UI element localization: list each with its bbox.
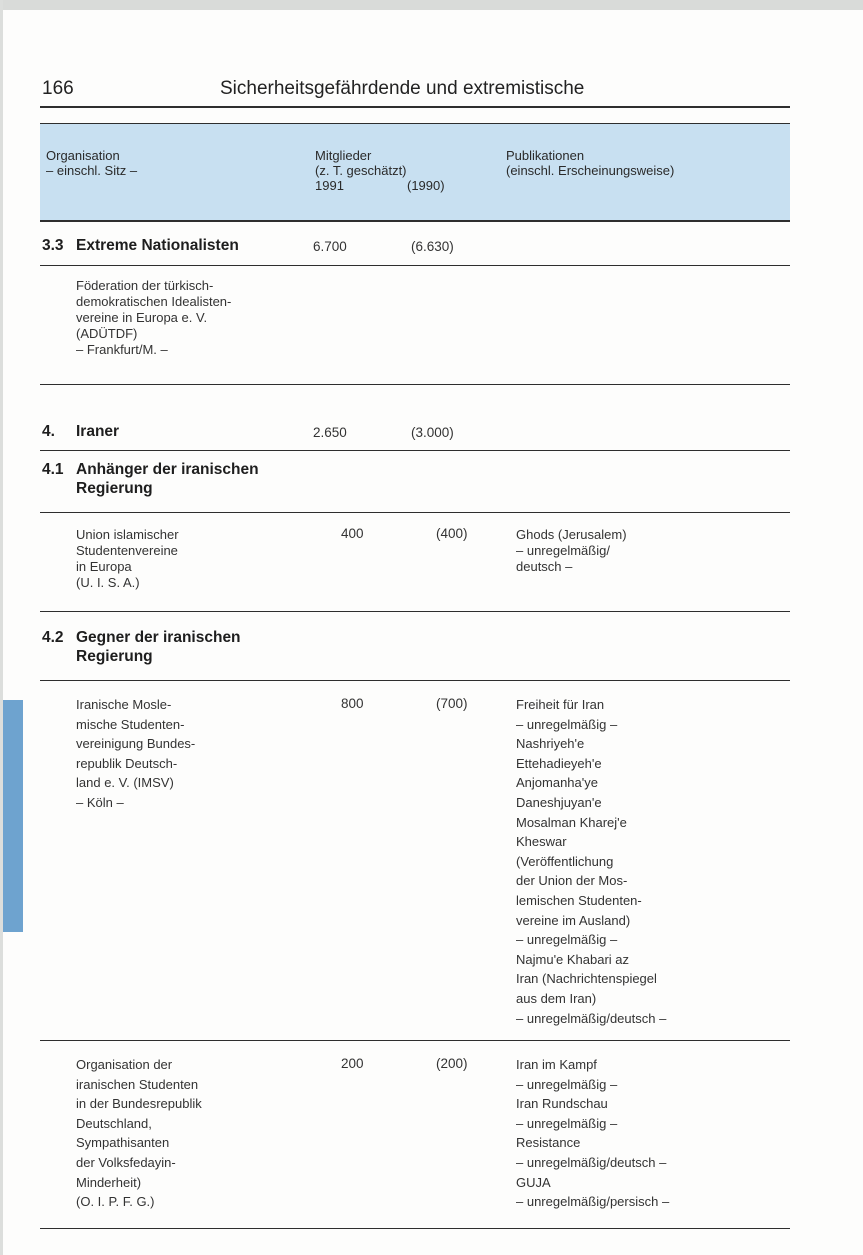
organisation-name-line: vereine in Europa e. V.	[76, 310, 207, 326]
column-header-mitglieder: Mitglieder (z. T. geschätzt) 1991 (1990)	[315, 148, 475, 193]
table-bottom-rule	[40, 1228, 790, 1229]
members-1991: 6.700	[313, 239, 347, 254]
section-title-line: Anhänger der iranischen	[76, 461, 259, 479]
table-header: Organisation – einschl. Sitz – Mitgliede…	[40, 124, 790, 220]
organisation-name-line: der Volksfedayin-	[76, 1155, 176, 1171]
publication-line: Ghods (Jerusalem)	[516, 527, 627, 543]
row-rule	[40, 512, 790, 513]
organisation-name-line: demokratischen Idealisten-	[76, 294, 231, 310]
members-1991: 2.650	[313, 425, 347, 440]
organisation-name-line: in der Bundesrepublik	[76, 1096, 202, 1112]
organisation-name-line: Deutschland,	[76, 1116, 152, 1132]
section-number: 4.	[42, 423, 55, 441]
publication-line: Resistance	[516, 1135, 580, 1151]
publication-line: – unregelmäßig/deutsch –	[516, 1155, 666, 1171]
organisation-name-line: Union islamischer	[76, 527, 179, 543]
organisation-name-line: (ADÜTDF)	[76, 326, 137, 342]
row-rule	[40, 611, 790, 612]
publication-line: vereine im Ausland)	[516, 913, 630, 929]
publication-line: Daneshjuyan'e	[516, 795, 602, 811]
header-line: (einschl. Erscheinungsweise)	[506, 163, 674, 178]
publication-line: Kheswar	[516, 834, 567, 850]
publication-line: Anjomanha'ye	[516, 775, 598, 791]
publication-line: Mosalman Kharej'e	[516, 815, 627, 831]
header-line: (z. T. geschätzt)	[315, 163, 475, 178]
column-header-publikationen: Publikationen (einschl. Erscheinungsweis…	[506, 148, 674, 178]
publication-line: – unregelmäßig –	[516, 717, 617, 733]
organisation-name-line: – Köln –	[76, 795, 124, 811]
header-line: – einschl. Sitz –	[46, 163, 137, 178]
organisation-name-line: Sympathisanten	[76, 1135, 169, 1151]
publication-line: lemischen Studenten-	[516, 893, 642, 909]
scan-border-top	[0, 0, 863, 10]
chapter-thumb-tab	[3, 700, 23, 932]
section-number: 4.2	[42, 629, 64, 647]
publication-line: Ettehadieyeh'e	[516, 756, 602, 772]
section-number: 4.1	[42, 461, 64, 479]
members-1990: (6.630)	[411, 239, 454, 254]
organisation-name-line: Iranische Mosle-	[76, 697, 171, 713]
organisation-name-line: iranischen Studenten	[76, 1077, 198, 1093]
publication-line: Nashriyeh'e	[516, 736, 584, 752]
section-title: Extreme Nationalisten	[76, 237, 239, 255]
page-number: 166	[42, 78, 74, 100]
page-header: 166 Sicherheitsgefährdende und extremist…	[40, 78, 790, 102]
organisation-name-line: (U. I. S. A.)	[76, 575, 140, 591]
year-current: 1991	[315, 178, 344, 193]
publication-line: Najmu'e Khabari az	[516, 952, 629, 968]
organisation-name-line: mische Studenten-	[76, 717, 184, 733]
organisation-name-line: vereinigung Bundes-	[76, 736, 195, 752]
members-1991: 800	[341, 696, 364, 711]
header-rule	[40, 106, 790, 108]
publication-line: Iran im Kampf	[516, 1057, 597, 1073]
publication-line: deutsch –	[516, 559, 572, 575]
members-1990: (700)	[436, 696, 468, 711]
organisation-name-line: land e. V. (IMSV)	[76, 775, 174, 791]
members-1990: (200)	[436, 1056, 468, 1071]
running-title: Sicherheitsgefährdende und extremistisch…	[220, 78, 584, 100]
header-line: Publikationen	[506, 148, 674, 163]
organisation-name-line: in Europa	[76, 559, 132, 575]
publication-line: – unregelmäßig/deutsch –	[516, 1011, 666, 1027]
organisation-name-line: Studentenvereine	[76, 543, 178, 559]
publication-line: aus dem Iran)	[516, 991, 596, 1007]
members-1991: 400	[341, 526, 364, 541]
scan-border-left	[0, 0, 3, 1255]
publication-line: – unregelmäßig –	[516, 1077, 617, 1093]
members-1990: (3.000)	[411, 425, 454, 440]
organisation-name-line: (O. I. P. F. G.)	[76, 1194, 155, 1210]
members-1990: (400)	[436, 526, 468, 541]
publication-line: der Union der Mos-	[516, 873, 627, 889]
publication-line: (Veröffentlichung	[516, 854, 613, 870]
publication-line: – unregelmäßig –	[516, 1116, 617, 1132]
publication-line: Freiheit für Iran	[516, 697, 604, 713]
organisation-name-line: Föderation der türkisch-	[76, 278, 213, 294]
publication-line: GUJA	[516, 1175, 551, 1191]
row-rule	[40, 265, 790, 266]
table-header-bottom-rule	[40, 220, 790, 222]
year-previous: (1990)	[407, 178, 445, 193]
section-title-line: Gegner der iranischen	[76, 629, 241, 647]
publication-line: Iran (Nachrichtenspiegel	[516, 971, 657, 987]
section-title: Iraner	[76, 423, 119, 441]
section-title-line: Regierung	[76, 648, 153, 666]
organisation-name-line: Minderheit)	[76, 1175, 141, 1191]
organisation-seat: – Frankfurt/M. –	[76, 342, 168, 358]
publication-line: – unregelmäßig/persisch –	[516, 1194, 669, 1210]
row-rule	[40, 680, 790, 681]
section-number: 3.3	[42, 237, 64, 255]
header-line: Mitglieder	[315, 148, 475, 163]
row-rule	[40, 450, 790, 451]
column-header-organisation: Organisation – einschl. Sitz –	[46, 148, 137, 178]
members-1991: 200	[341, 1056, 364, 1071]
publication-line: Iran Rundschau	[516, 1096, 608, 1112]
organisation-name-line: Organisation der	[76, 1057, 172, 1073]
organisation-name-line: republik Deutsch-	[76, 756, 177, 772]
publication-line: – unregelmäßig/	[516, 543, 610, 559]
publication-line: – unregelmäßig –	[516, 932, 617, 948]
header-line: Organisation	[46, 148, 137, 163]
section-title-line: Regierung	[76, 480, 153, 498]
row-rule	[40, 384, 790, 385]
row-rule	[40, 1040, 790, 1041]
